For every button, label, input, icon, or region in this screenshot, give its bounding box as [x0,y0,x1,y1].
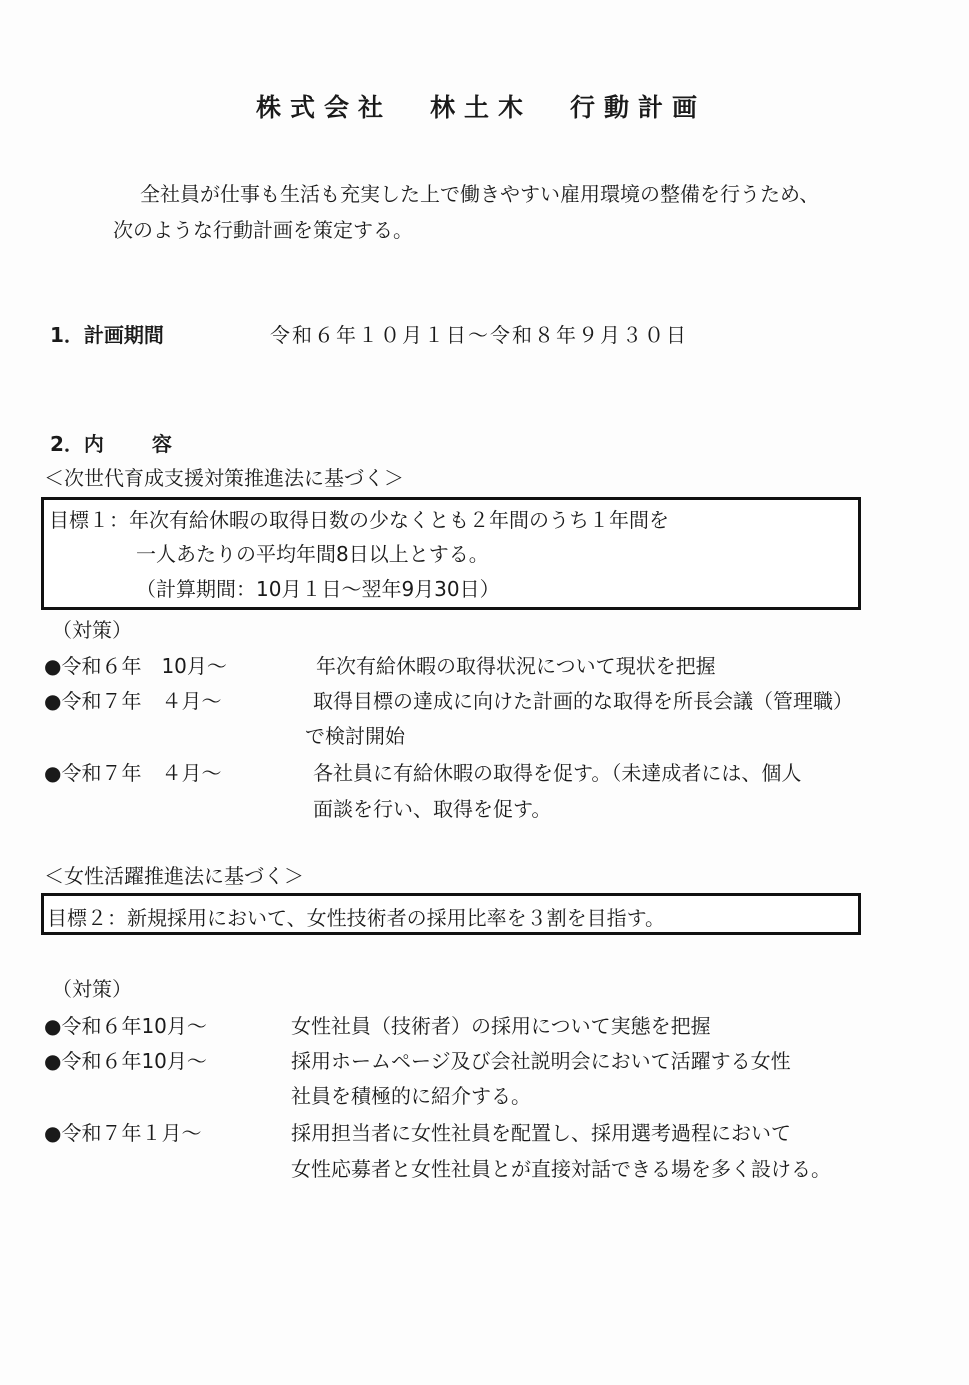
section2-heading-num: 2．内 [50,432,104,456]
measure-2-3-date: ●令和７年１月～ [44,1117,201,1146]
measure-1-1-date: ●令和６年 10月～ [44,650,227,679]
law-heading-women-advancement: ＜女性活躍推進法に基づく＞ [44,860,304,889]
plan-period: 令和６年１０月１日～令和８年９月３０日 [270,319,688,348]
measure-2-3-text-1: 採用担当者に女性社員を配置し、採用選考過程において [291,1117,791,1146]
measure-2-1-text: 女性社員（技術者）の採用について実態を把握 [291,1010,711,1039]
bullet-icon: ● [44,689,61,713]
title-company-name: 林土木 [430,93,532,122]
goal-2-box: 目標２：新規採用において、女性技術者の採用比率を３割を目指す。 [41,893,861,935]
measure-2-2-date: ●令和６年10月～ [44,1045,207,1074]
measures-label-2: （対策） [52,973,132,1002]
measure-1-2-text-2: で検討開始 [305,720,405,749]
bullet-icon: ● [44,1049,61,1073]
measure-1-2-date: ●令和７年 ４月～ [44,685,221,714]
section1-heading: 1．計画期間 [50,319,164,348]
measure-1-2-text-1: 取得目標の達成に向けた計画的な取得を所長会議（管理職） [313,685,853,714]
goal-1-line-3: （計算期間：10月１日～翌年9月30日） [136,573,500,602]
goal-1-box: 目標１：年次有給休暇の取得日数の少なくとも２年間のうち１年間を 一人あたりの平均… [41,497,861,610]
goal-1-line-2: 一人あたりの平均年間8日以上とする。 [136,538,489,567]
title-company-type: 株式会社 [256,93,392,122]
measure-2-2-text-1: 採用ホームページ及び会社説明会において活躍する女性 [291,1045,791,1074]
measure-1-3-text-1: 各社員に有給休暇の取得を促す。（未達成者には、個人 [313,757,801,786]
bullet-icon: ● [44,761,61,785]
title-plan: 行動計画 [570,93,706,122]
goal-2-line-1: 目標２：新規採用において、女性技術者の採用比率を３割を目指す。 [47,902,665,931]
measures-label-1: （対策） [52,614,132,643]
document-title: 株式会社林土木行動計画 [256,88,706,124]
intro-line-2: 次のような行動計画を策定する。 [113,212,413,248]
intro-line-1: 全社員が仕事も生活も充実した上で働きやすい雇用環境の整備を行うため、 [140,176,819,212]
measure-2-1-date: ●令和６年10月～ [44,1010,207,1039]
measure-1-3-text-2: 面談を行い、取得を促す。 [313,793,551,822]
bullet-icon: ● [44,654,61,678]
bullet-icon: ● [44,1014,61,1038]
measure-2-3-text-2: 女性応募者と女性社員とが直接対話できる場を多く設ける。 [291,1153,831,1182]
section2-heading-tail: 容 [152,432,172,456]
section2-heading: 2．内容 [50,428,172,457]
measure-1-1-text: 年次有給休暇の取得状況について現状を把握 [316,650,716,679]
measure-1-3-date: ●令和７年 ４月～ [44,757,221,786]
measure-2-2-text-2: 社員を積極的に紹介する。 [291,1080,531,1109]
bullet-icon: ● [44,1121,61,1145]
law-heading-next-generation: ＜次世代育成支援対策推進法に基づく＞ [44,462,404,491]
goal-1-line-1: 目標１：年次有給休暇の取得日数の少なくとも２年間のうち１年間を [49,504,669,533]
